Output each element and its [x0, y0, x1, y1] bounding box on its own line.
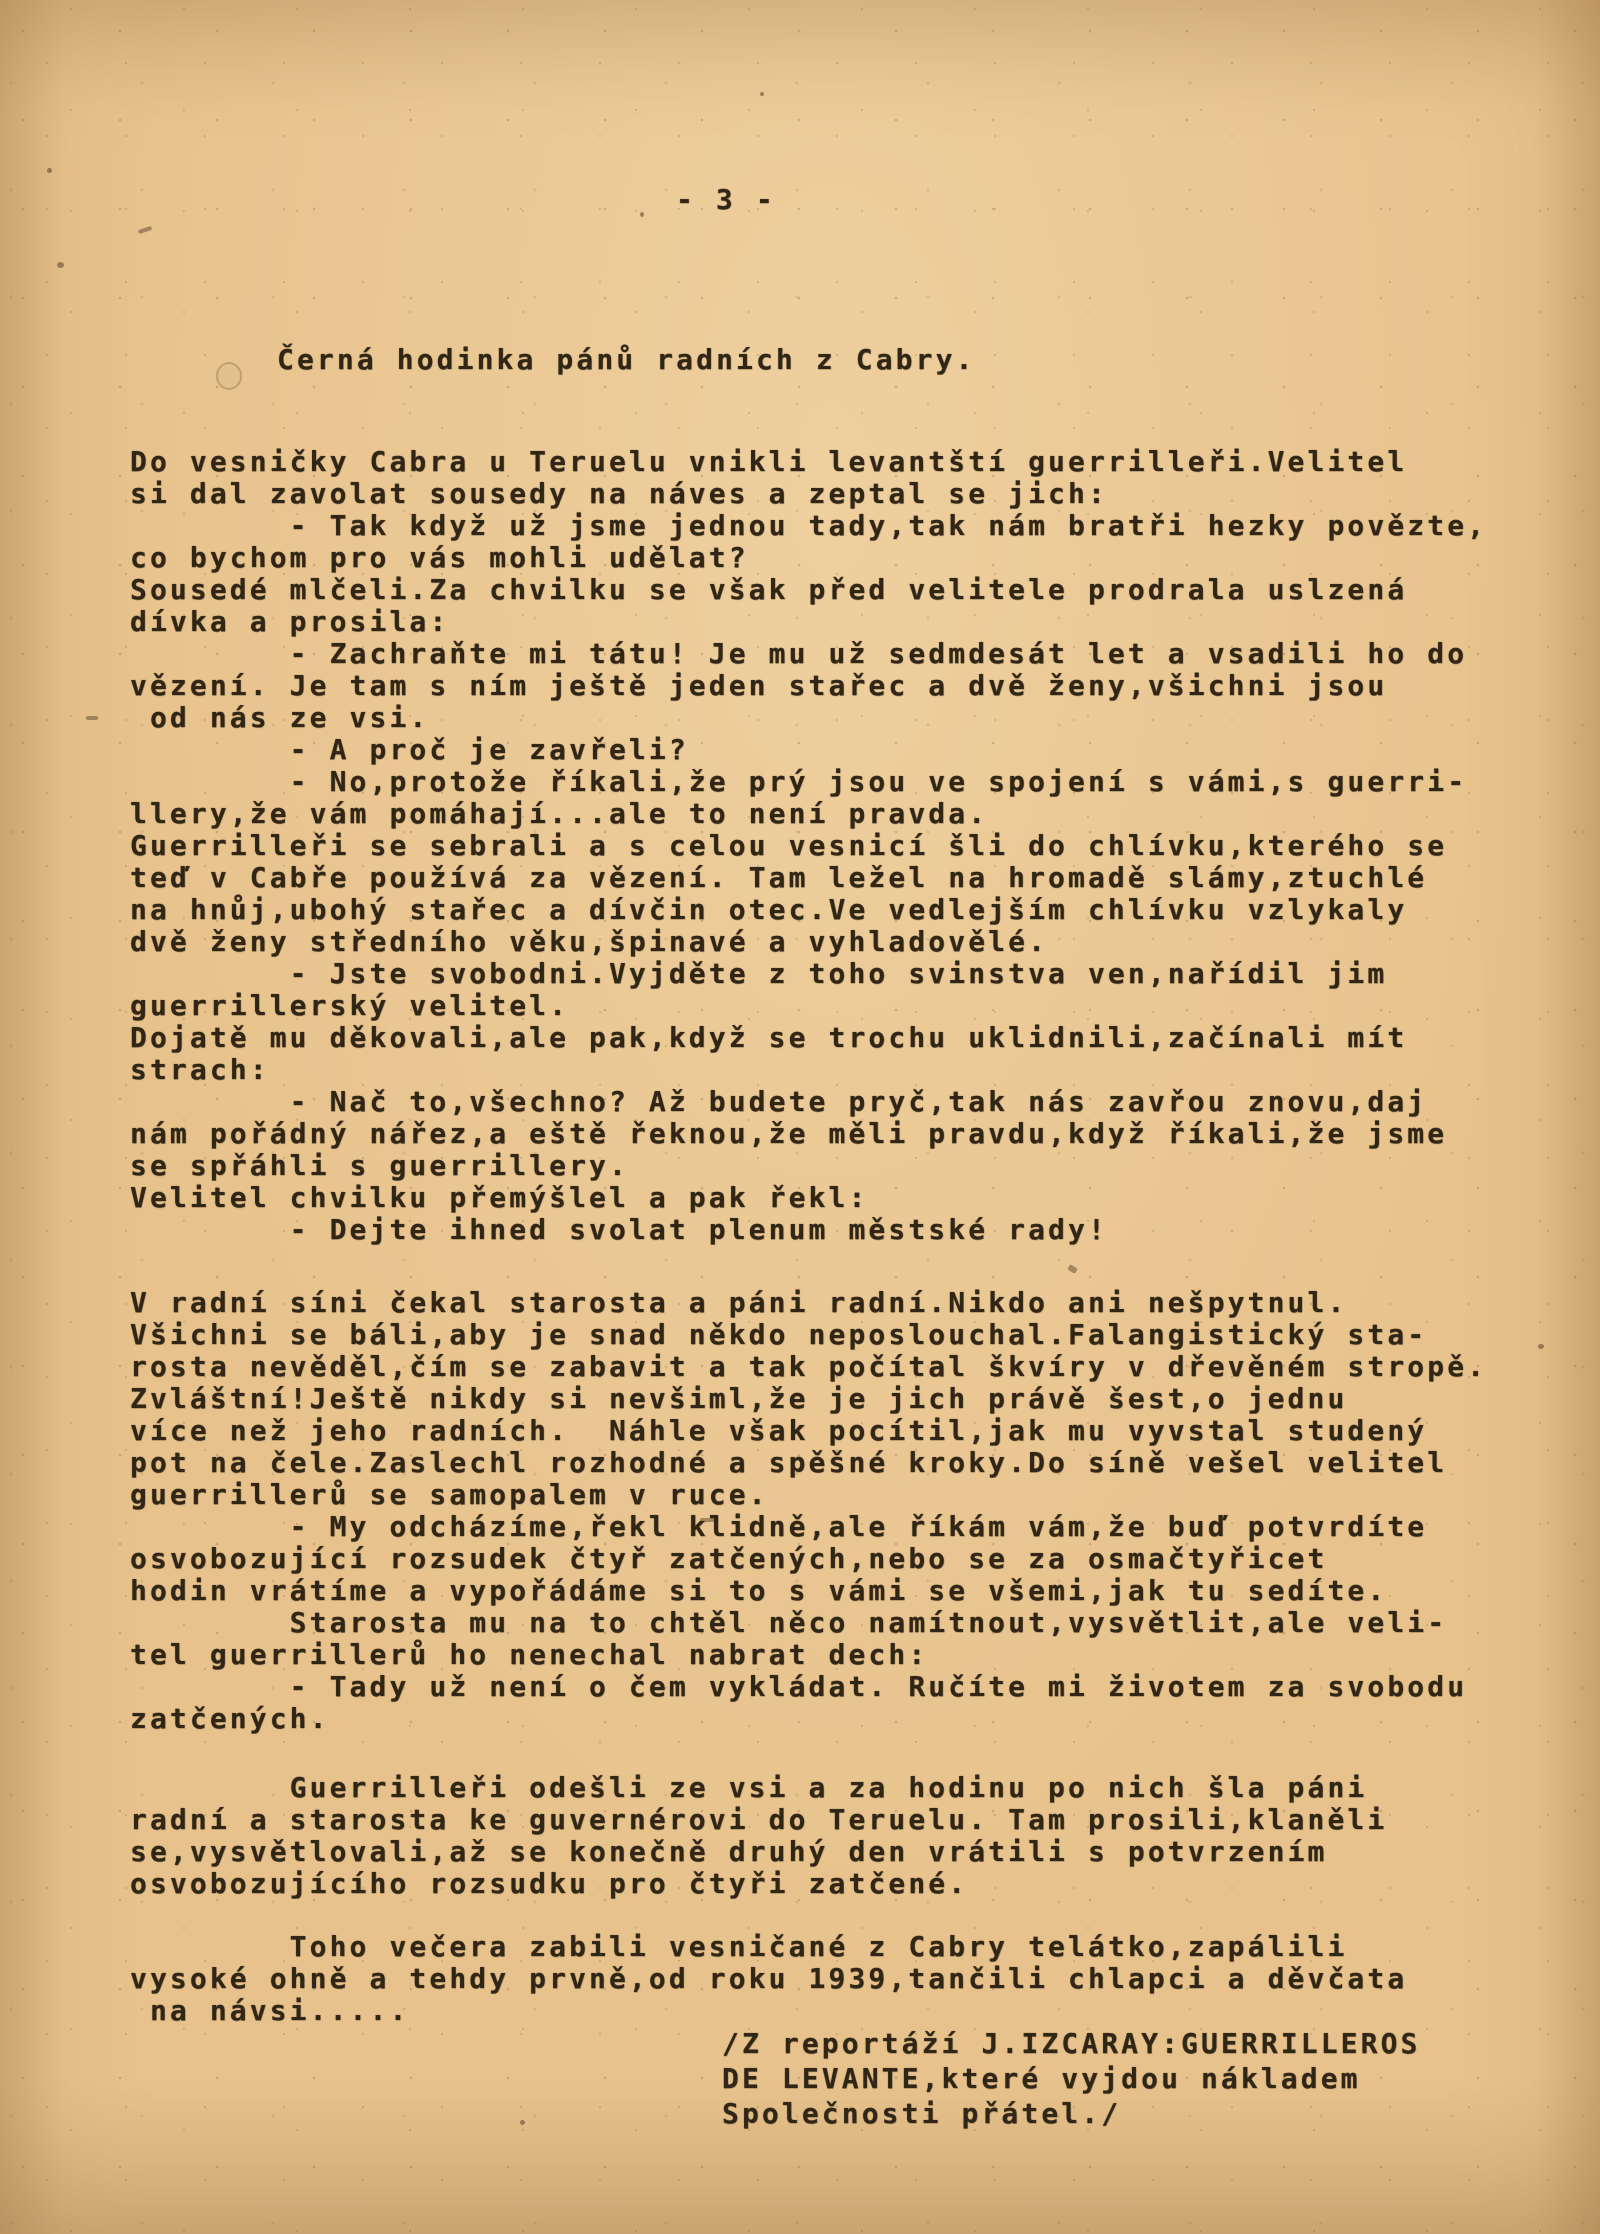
text-line: Všichni se báli,aby je snad někdo neposl…	[130, 1319, 1487, 1351]
body-paragraph-2: V radní síni čekal starosta a páni radní…	[130, 1287, 1487, 1735]
text-line: strach:	[130, 1054, 1487, 1086]
text-line: - Nač to,všechno? Až budete pryč,tak nás…	[130, 1086, 1487, 1118]
paper-smudge	[57, 262, 64, 268]
page-number: - 3 -	[676, 184, 776, 216]
text-line: dvě ženy středního věku,špinavé a vyhlad…	[130, 926, 1487, 958]
document-title: Černá hodinka pánů radních z Cabry.	[277, 344, 976, 376]
text-line: Do vesničky Cabra u Teruelu vnikli levan…	[130, 446, 1487, 478]
text-line: Guerrilleři se sebrali a s celou vesnicí…	[130, 830, 1487, 862]
text-line: - A proč je zavřeli?	[130, 734, 1487, 766]
text-line: Toho večera zabili vesničané z Cabry tel…	[130, 1931, 1407, 1963]
text-line: Společnosti přátel./	[722, 2096, 1421, 2131]
text-line: zatčených.	[130, 1703, 1487, 1735]
text-line: od nás ze vsi.	[130, 702, 1487, 734]
text-line: Starosta mu na to chtěl něco namítnout,v…	[130, 1607, 1487, 1639]
text-line: radní a starosta ke guvernérovi do Terue…	[130, 1804, 1387, 1836]
paper-smudge	[216, 362, 242, 390]
text-line: tel guerrillerů ho nenechal nabrat dech:	[130, 1639, 1487, 1671]
text-line: teď v Cabře používá za vězení. Tam ležel…	[130, 862, 1487, 894]
paper-smudge	[640, 212, 644, 217]
text-line: - Jste svobodni.Vyjděte z toho svinstva …	[130, 958, 1487, 990]
text-line: vězení. Je tam s ním ještě jeden stařec …	[130, 670, 1487, 702]
body-paragraph-3: Guerrilleři odešli ze vsi a za hodinu po…	[130, 1772, 1387, 1900]
text-line: Dojatě mu děkovali,ale pak,když se troch…	[130, 1022, 1487, 1054]
text-line: osvobozujícího rozsudku pro čtyři zatčen…	[130, 1868, 1387, 1900]
text-line: - Dejte ihned svolat plenum městské rady…	[130, 1214, 1487, 1246]
text-line: - Tady už není o čem vykládat. Ručíte mi…	[130, 1671, 1487, 1703]
paper-smudge	[520, 2120, 525, 2125]
text-line: dívka a prosila:	[130, 606, 1487, 638]
text-line: V radní síni čekal starosta a páni radní…	[130, 1287, 1487, 1319]
text-line: nám pořádný nářez,a eště řeknou,že měli …	[130, 1118, 1487, 1150]
paper-smudge	[760, 92, 764, 96]
text-line: Guerrilleři odešli ze vsi a za hodinu po…	[130, 1772, 1387, 1804]
text-line: pot na čele.Zaslechl rozhodné a spěšné k…	[130, 1447, 1487, 1479]
text-line: Velitel chvilku přemýšlel a pak řekl:	[130, 1182, 1487, 1214]
text-line: osvobozující rozsudek čtyř zatčených,neb…	[130, 1543, 1487, 1575]
text-line: si dal zavolat sousedy na náves a zeptal…	[130, 478, 1487, 510]
text-line: - My odcházíme,řekl klidně,ale říkám vám…	[130, 1511, 1487, 1543]
text-line: rosta nevěděl,čím se zabavit a tak počít…	[130, 1351, 1487, 1383]
text-line: se spřáhli s guerrillery.	[130, 1150, 1487, 1182]
text-line: DE LEVANTE,které vyjdou nákladem	[722, 2061, 1421, 2096]
text-line: guerrillerů se samopalem v ruce.	[130, 1479, 1487, 1511]
text-line: na návsi.....	[130, 1995, 1407, 2027]
text-line: se,vysvětlovali,až se konečně druhý den …	[130, 1836, 1387, 1868]
text-line: guerrillerský velitel.	[130, 990, 1487, 1022]
text-line: Sousedé mlčeli.Za chvilku se však před v…	[130, 574, 1487, 606]
text-line: co bychom pro vás mohli udělat?	[130, 542, 1487, 574]
text-line: /Z reportáží J.IZCARAY:GUERRILLEROS	[722, 2026, 1421, 2061]
text-line: - Tak když už jsme jednou tady,tak nám b…	[130, 510, 1487, 542]
paper-smudge	[47, 168, 52, 173]
text-line: llery,že vám pomáhají...ale to není prav…	[130, 798, 1487, 830]
paper-smudge	[1538, 1344, 1544, 1349]
scanned-typewritten-page: - 3 - Černá hodinka pánů radních z Cabry…	[0, 0, 1600, 2234]
body-paragraph-4: Toho večera zabili vesničané z Cabry tel…	[130, 1931, 1407, 2027]
body-paragraph-1: Do vesničky Cabra u Teruelu vnikli levan…	[130, 446, 1487, 1246]
text-line: - No,protože říkali,že prý jsou ve spoje…	[130, 766, 1487, 798]
text-line: na hnůj,ubohý stařec a dívčin otec.Ve ve…	[130, 894, 1487, 926]
text-line: více než jeho radních. Náhle však pocíti…	[130, 1415, 1487, 1447]
paper-smudge	[138, 226, 153, 234]
text-line: Zvláštní!Ještě nikdy si nevšiml,že je ji…	[130, 1383, 1487, 1415]
paper-smudge	[86, 716, 98, 720]
text-line: hodin vrátíme a vypořádáme si to s vámi …	[130, 1575, 1487, 1607]
attribution-block: /Z reportáží J.IZCARAY:GUERRILLEROSDE LE…	[722, 2026, 1421, 2131]
text-line: vysoké ohně a tehdy prvně,od roku 1939,t…	[130, 1963, 1407, 1995]
paper-smudge	[1067, 1264, 1078, 1274]
text-line: - Zachraňte mi tátu! Je mu už sedmdesát …	[130, 638, 1487, 670]
